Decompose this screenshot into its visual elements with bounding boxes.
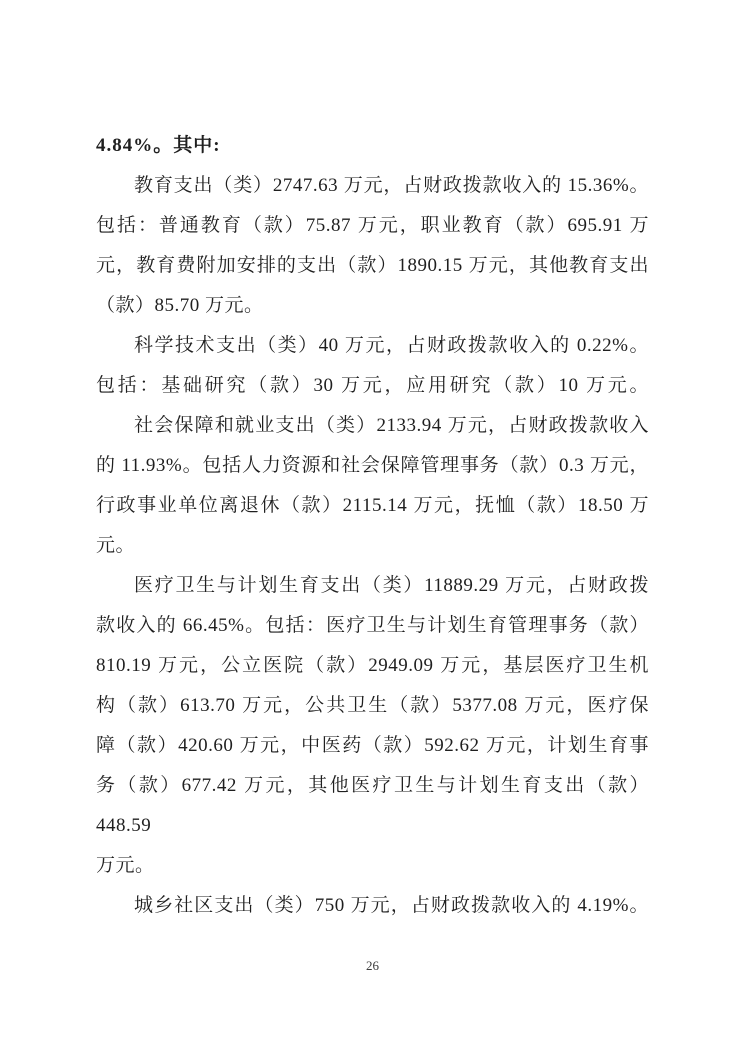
text-line: 包括：基础研究（款）30 万元，应用研究（款）10 万元。	[96, 366, 649, 406]
page-number: 26	[96, 956, 649, 976]
text-line: 元，教育费附加安排的支出（款）1890.15 万元，其他教育支出	[96, 246, 649, 286]
text-line: 社会保障和就业支出（类）2133.94 万元，占财政拨款收入	[96, 406, 649, 446]
paragraphs-container: 教育支出（类）2747.63 万元，占财政拨款收入的 15.36%。包括：普通教…	[96, 166, 649, 926]
text-line: 810.19 万元，公立医院（款）2949.09 万元，基层医疗卫生机	[96, 646, 649, 686]
text-line: 障（款）420.60 万元，中医药（款）592.62 万元，计划生育事	[96, 726, 649, 766]
continuation-heading: 4.84%。其中:	[96, 126, 649, 166]
paragraph: 城乡社区支出（类）750 万元，占财政拨款收入的 4.19%。	[96, 886, 649, 926]
paragraph: 教育支出（类）2747.63 万元，占财政拨款收入的 15.36%。包括：普通教…	[96, 166, 649, 326]
text-line: 元。	[96, 526, 649, 566]
paragraph: 社会保障和就业支出（类）2133.94 万元，占财政拨款收入的 11.93%。包…	[96, 406, 649, 566]
text-line: 行政事业单位离退休（款）2115.14 万元，抚恤（款）18.50 万	[96, 486, 649, 526]
text-line: 万元。	[96, 846, 649, 886]
text-line: 城乡社区支出（类）750 万元，占财政拨款收入的 4.19%。	[96, 886, 649, 926]
text-line: 构（款）613.70 万元，公共卫生（款）5377.08 万元，医疗保	[96, 686, 649, 726]
paragraph: 医疗卫生与计划生育支出（类）11889.29 万元，占财政拨款收入的 66.45…	[96, 566, 649, 886]
text-line: 教育支出（类）2747.63 万元，占财政拨款收入的 15.36%。	[96, 166, 649, 206]
paragraph: 科学技术支出（类）40 万元，占财政拨款收入的 0.22%。包括：基础研究（款）…	[96, 326, 649, 406]
text-line: 科学技术支出（类）40 万元，占财政拨款收入的 0.22%。	[96, 326, 649, 366]
document-page: 4.84%。其中: 教育支出（类）2747.63 万元，占财政拨款收入的 15.…	[0, 0, 744, 1052]
document-body: 4.84%。其中: 教育支出（类）2747.63 万元，占财政拨款收入的 15.…	[96, 126, 649, 926]
text-line: 的 11.93%。包括人力资源和社会保障管理事务（款）0.3 万元，	[96, 446, 649, 486]
text-line: （款）85.70 万元。	[96, 286, 649, 326]
text-line: 务（款）677.42 万元，其他医疗卫生与计划生育支出（款）448.59	[96, 766, 649, 846]
text-line: 款收入的 66.45%。包括：医疗卫生与计划生育管理事务（款）	[96, 606, 649, 646]
text-line: 医疗卫生与计划生育支出（类）11889.29 万元，占财政拨	[96, 566, 649, 606]
text-line: 包括：普通教育（款）75.87 万元，职业教育（款）695.91 万	[96, 206, 649, 246]
